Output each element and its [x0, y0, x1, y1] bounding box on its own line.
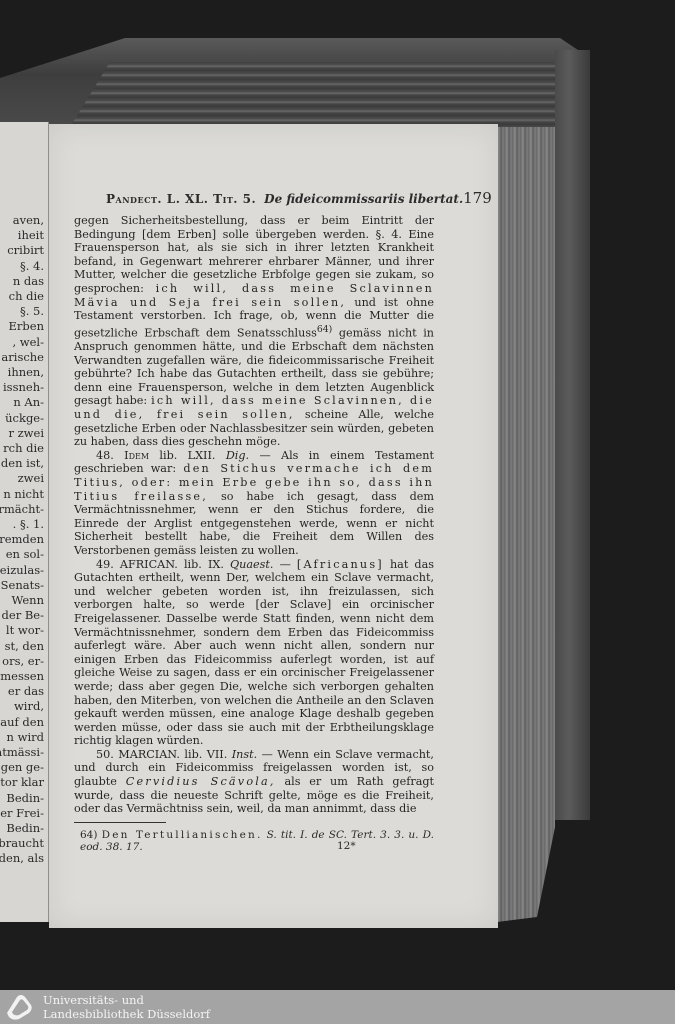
- footnote-ref: 64): [317, 324, 333, 335]
- left-page-line-fragment: Bedin-: [6, 822, 44, 836]
- footnote-rule: [74, 822, 166, 823]
- left-page-line-fragment: rch die: [3, 442, 44, 456]
- left-page-line-fragment: er Frei-: [0, 807, 44, 821]
- left-page-line-fragment: der Be-: [2, 609, 44, 623]
- left-page-line-fragment: ückge-: [5, 412, 44, 426]
- left-page-line-fragment: lt wor-: [6, 624, 44, 638]
- left-page-line-fragment: aven,: [13, 214, 44, 228]
- left-page-line-fragment: Wenn: [11, 594, 44, 608]
- scan-scene: aven,iheitcribirt§. 4.n dasch die§. 5.Er…: [0, 0, 675, 990]
- page-block-top-edge: [70, 62, 560, 127]
- left-page-line-fragment: Senats-: [1, 579, 44, 593]
- left-page-line-fragment: zwei: [18, 472, 44, 486]
- paragraph-47-continued: gegen Sicherheitsbestellung, dass er bei…: [74, 214, 434, 449]
- paragraph-48: 48. Idem lib. LXII. Dig. — Als in einem …: [74, 449, 434, 558]
- running-head: Pandect. L. XL. Tit. 5. De fideicommissa…: [106, 189, 436, 207]
- left-page-line-fragment: iheit: [18, 229, 44, 243]
- left-page-line-fragment: ch die: [9, 290, 44, 304]
- left-page-line-fragment: . §. 1.: [13, 518, 44, 532]
- left-page: aven,iheitcribirt§. 4.n dasch die§. 5.Er…: [0, 122, 49, 922]
- left-page-line-fragment: auf den: [0, 716, 44, 730]
- left-page-line-fragment: n wird: [7, 731, 44, 745]
- left-page-line-fragment: messen: [0, 670, 44, 684]
- left-page-line-fragment: §. 4.: [20, 260, 44, 274]
- left-page-line-fragment: Bedin-: [6, 792, 44, 806]
- library-name: Universitäts- und Landesbibliothek Düsse…: [43, 993, 210, 1021]
- body-text: gegen Sicherheitsbestellung, dass er bei…: [74, 214, 434, 853]
- left-page-line-fragment: r zwei: [8, 427, 44, 441]
- left-page-line-fragment: den ist,: [1, 457, 44, 471]
- right-page: Pandect. L. XL. Tit. 5. De fideicommissa…: [49, 124, 498, 928]
- left-page-line-fragment: remden: [0, 533, 44, 547]
- book-logo-icon: [3, 993, 35, 1021]
- page-number: 179: [463, 189, 492, 207]
- left-page-line-fragment: n nicht: [3, 488, 44, 502]
- left-page-line-fragment: n das: [13, 275, 44, 289]
- left-page-line-fragment: gen ge-: [1, 761, 44, 775]
- left-page-line-fragment: st, den: [5, 640, 44, 654]
- page-fore-edge: [497, 127, 555, 922]
- left-page-line-fragment: atmässi-: [0, 746, 44, 760]
- left-page-line-fragment: den, als: [0, 852, 44, 866]
- left-page-line-fragment: n An-: [13, 396, 44, 410]
- left-page-line-fragment: en sol-: [6, 548, 44, 562]
- library-footer: Universitäts- und Landesbibliothek Düsse…: [0, 990, 675, 1024]
- left-page-line-fragment: tor klar: [0, 776, 44, 790]
- signature-mark: 12*: [337, 840, 356, 852]
- left-page-line-fragment: eizulas-: [0, 564, 44, 578]
- left-page-line-fragment: arische: [1, 351, 44, 365]
- book-cover-right: [555, 50, 590, 820]
- left-page-line-fragment: ihnen,: [8, 366, 44, 380]
- left-page-line-fragment: issneh-: [3, 381, 44, 395]
- left-page-line-fragment: ors, er-: [2, 655, 44, 669]
- paragraph-50: 50. MARCIAN. lib. VII. Inst. — Wenn ein …: [74, 748, 434, 816]
- running-head-title: De fideicommissariis libertat.: [264, 192, 463, 206]
- left-page-line-fragment: Erben: [9, 320, 44, 334]
- left-page-line-fragment: wird,: [14, 700, 44, 714]
- left-page-line-fragment: rmächt-: [0, 503, 44, 517]
- left-page-line-fragment: §. 5.: [20, 305, 44, 319]
- paragraph-49: 49. AFRICAN. lib. IX. Quaest. — [African…: [74, 558, 434, 748]
- footnote-64: 64) Den Tertullianischen. S. tit. I. de …: [80, 829, 434, 853]
- left-page-line-fragment: er das: [8, 685, 44, 699]
- left-page-line-fragment: braucht: [0, 837, 44, 851]
- left-page-line-fragment: , wel-: [12, 336, 44, 350]
- running-head-section: Pandect. L. XL. Tit. 5.: [106, 192, 256, 206]
- left-page-line-fragment: cribirt: [7, 244, 44, 258]
